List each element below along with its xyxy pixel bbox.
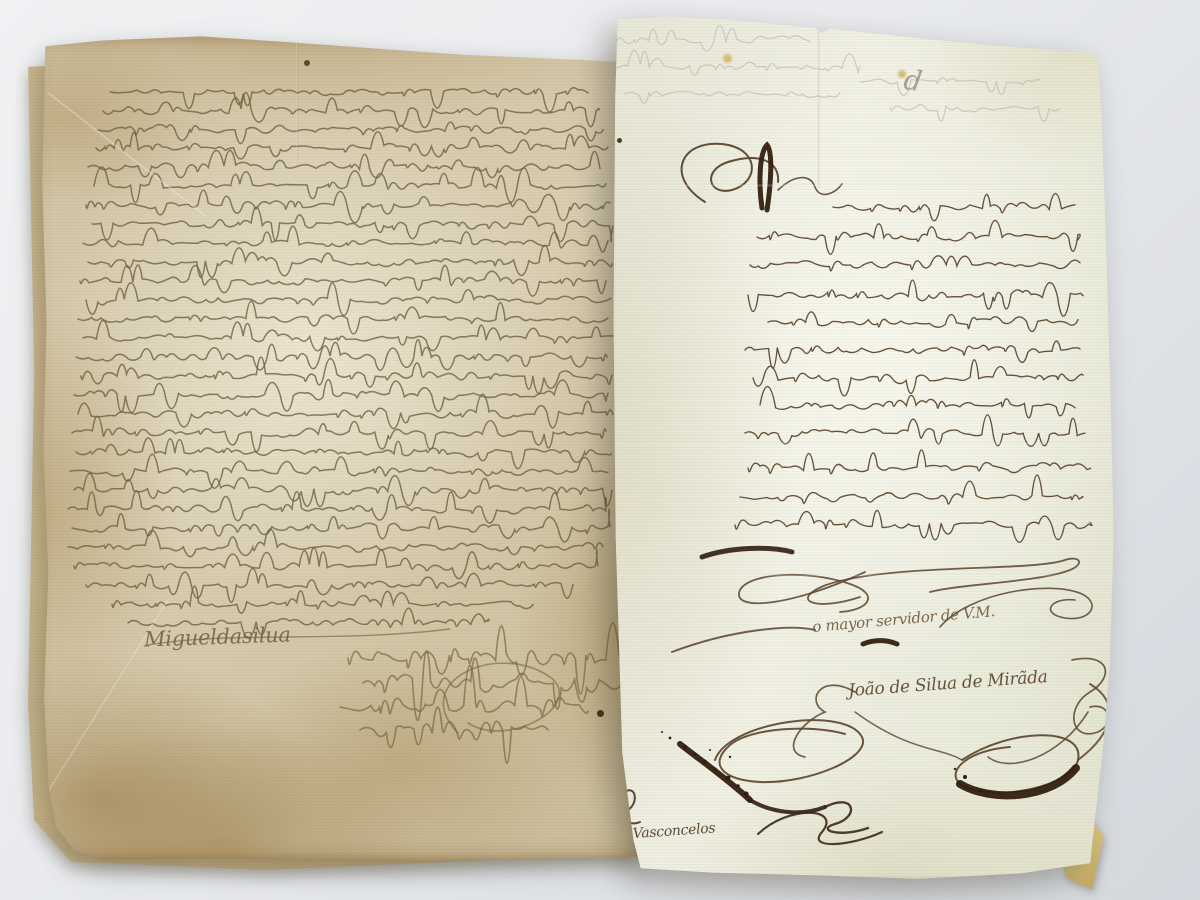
foxing-spot xyxy=(898,70,906,78)
fold-crease xyxy=(616,574,1111,577)
handwriting-line xyxy=(340,666,588,717)
ink-spatter-dot xyxy=(703,760,707,764)
handwriting-line xyxy=(360,707,548,763)
ink-flourish xyxy=(715,720,863,782)
ink-spatter-dot xyxy=(694,753,697,756)
handwriting-line xyxy=(748,450,1091,474)
handwriting-line xyxy=(860,78,1040,95)
ink-flourish xyxy=(1072,658,1108,733)
handwriting-line xyxy=(68,491,606,523)
ink-flourish xyxy=(960,768,1076,795)
photo-stage: Migueldasilua d o mayor servidor de V.M.… xyxy=(0,0,1200,900)
ink-spatter-dot xyxy=(743,791,748,796)
handwriting-line xyxy=(81,357,612,393)
foxing-spot xyxy=(723,54,732,63)
handwriting-line xyxy=(92,207,613,242)
handwriting-line xyxy=(748,280,1083,316)
handwriting-line xyxy=(72,416,606,451)
ink-flourish xyxy=(750,800,825,812)
ink-flourish xyxy=(682,144,779,202)
ink-flourish xyxy=(680,744,750,800)
handwriting-line xyxy=(750,256,1080,271)
under-sheet-layer xyxy=(0,0,1200,900)
handwriting-line xyxy=(757,220,1080,254)
fold-crease xyxy=(616,442,1111,445)
handwriting-line xyxy=(68,529,603,556)
handwriting-line xyxy=(740,475,1083,504)
handwriting-line xyxy=(76,340,607,371)
ink-spatter-dot xyxy=(709,749,711,751)
handwriting-line xyxy=(88,245,612,277)
ink-flourish xyxy=(825,802,868,832)
closing-courtesy-line: o mayor servidor de V.M. xyxy=(812,602,996,636)
handwriting-line xyxy=(83,320,613,350)
handwriting-line xyxy=(615,26,810,51)
ink-flourish xyxy=(1078,684,1110,760)
ink-flourish xyxy=(988,712,1088,763)
ink-flourish xyxy=(148,629,450,645)
handwriting-line xyxy=(610,50,860,75)
handwriting-line xyxy=(128,608,489,638)
handwriting-line xyxy=(103,92,599,127)
ink-flourish xyxy=(863,641,897,644)
handwriting-line xyxy=(88,150,600,177)
right-manuscript-layer: d o mayor servidor de V.M. João de Silua… xyxy=(0,0,1200,900)
right-manuscript-page: d o mayor servidor de V.M. João de Silua… xyxy=(610,12,1122,884)
ink-flourish xyxy=(672,628,815,652)
handwriting-line xyxy=(625,92,840,104)
ink-speck xyxy=(617,138,622,143)
bottom-note-vasconcelos: de Vasconcelos xyxy=(612,820,716,843)
ink-flourish xyxy=(855,712,962,760)
handwriting-line xyxy=(74,473,612,506)
handwriting-line xyxy=(348,623,628,694)
handwriting-line xyxy=(78,301,608,334)
under-sheet-edge xyxy=(22,42,634,870)
handwriting-line xyxy=(112,586,533,613)
handwriting-line xyxy=(83,226,608,252)
handwriting-line xyxy=(760,387,1075,418)
handwriting-line xyxy=(735,510,1092,542)
handwriting-line xyxy=(86,190,610,222)
handwriting-line xyxy=(80,265,606,296)
handwriting-line xyxy=(363,651,626,721)
ink-flourish xyxy=(940,588,1092,627)
ink-flourish xyxy=(808,559,1079,604)
handwriting-line xyxy=(86,283,611,316)
handwriting-line xyxy=(72,509,610,542)
ink-flourish xyxy=(443,663,559,733)
right-handwriting-svg xyxy=(610,12,1122,884)
handwriting-line xyxy=(890,104,1060,121)
ink-flourish xyxy=(956,735,1079,792)
ink-spatter-dot xyxy=(669,737,672,740)
handwriting-line xyxy=(76,438,611,469)
ink-spatter-dot xyxy=(683,745,687,749)
paper-tab-layer xyxy=(0,0,1200,900)
handwriting-line xyxy=(110,88,588,112)
handwriting-line xyxy=(753,360,1083,396)
handwriting-line xyxy=(70,454,608,488)
ink-flourish xyxy=(739,572,868,612)
ink-flourish xyxy=(794,685,855,757)
paper-tab xyxy=(1050,808,1106,891)
left-manuscript-page: Migueldasilua xyxy=(28,33,646,865)
handwriting-line xyxy=(833,194,1075,221)
left-signature-miguel-da-silva: Migueldasilua xyxy=(144,622,291,651)
ink-flourish xyxy=(622,790,640,823)
ink-spatter-dot xyxy=(954,768,956,770)
ink-spatter-dot xyxy=(979,789,982,792)
left-handwriting-svg xyxy=(28,33,646,865)
handwriting-line xyxy=(98,122,603,143)
ink-spatter-dot xyxy=(726,776,731,781)
fold-crease xyxy=(47,91,206,216)
handwriting-line xyxy=(94,167,606,203)
signature-joao-de-silva: João de Silua de Mirãda xyxy=(848,667,1049,701)
ink-spatter-dot xyxy=(729,756,731,758)
fold-crease xyxy=(817,18,820,188)
verso-pen-mark: d xyxy=(902,63,925,98)
ink-flourish xyxy=(778,178,842,195)
wormhole-spot xyxy=(304,60,310,66)
ink-spatter-dot xyxy=(713,767,716,770)
handwriting-line xyxy=(745,341,1080,368)
fold-crease xyxy=(616,184,1111,187)
left-manuscript-layer: Migueldasilua xyxy=(0,0,1200,900)
ink-spatter-dot xyxy=(736,784,740,788)
ink-spatter-dot xyxy=(661,731,663,733)
ink-spatter-dot xyxy=(963,775,967,779)
ink-blot xyxy=(597,710,604,717)
handwriting-line xyxy=(74,548,598,579)
handwriting-line xyxy=(86,568,573,602)
ink-flourish xyxy=(702,548,792,557)
ink-flourish xyxy=(758,813,882,844)
ink-spatter-dot xyxy=(999,794,1002,797)
handwriting-line xyxy=(745,415,1085,446)
handwriting-line xyxy=(78,394,613,428)
handwriting-line xyxy=(74,380,608,413)
handwriting-line xyxy=(768,312,1078,332)
fold-crease xyxy=(45,599,169,796)
handwriting-line xyxy=(96,132,608,159)
fold-crease xyxy=(296,33,299,163)
ink-flourish xyxy=(760,145,771,210)
